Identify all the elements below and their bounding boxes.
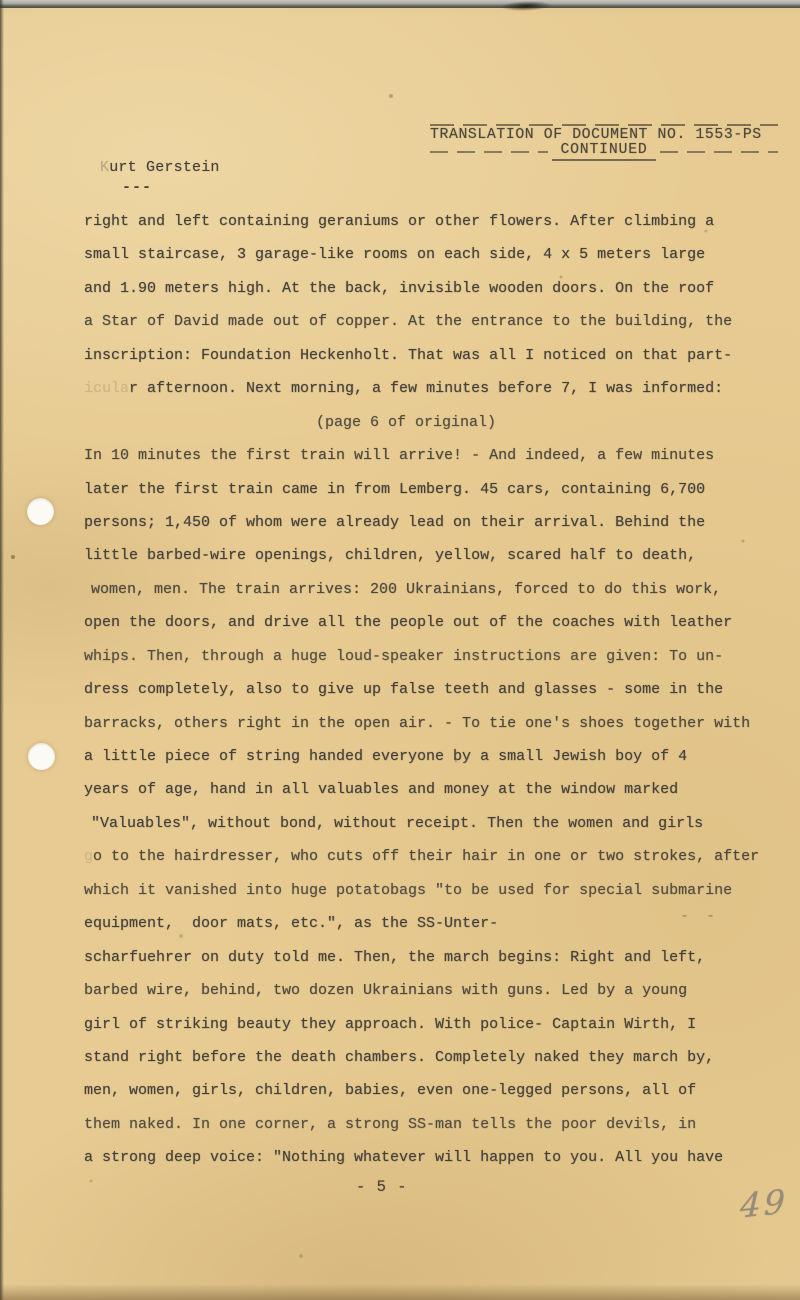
- author-name: Kurt Gerstein: [100, 159, 220, 176]
- text-line: equipment, door mats, etc.", as the SS-U…: [84, 907, 784, 940]
- text-line: later the first train came in from Lembe…: [84, 473, 784, 506]
- paper-specks: [0, 0, 2, 2]
- text-line: little barbed-wire openings, children, y…: [84, 539, 784, 572]
- text-line: stand right before the death chambers. C…: [84, 1041, 784, 1074]
- body-lines: right and left containing geraniums or o…: [84, 205, 784, 1175]
- text-line: (page 6 of original): [84, 406, 784, 439]
- stray-dash-mark: - -: [680, 908, 719, 925]
- text-line: persons; 1,450 of whom were already lead…: [84, 506, 784, 539]
- stamp-title: TRANSLATION OF DOCUMENT NO. 1553-PS: [430, 126, 778, 143]
- stamp-continued-label: CONTINUED: [552, 142, 655, 161]
- text-line: a Star of David made out of copper. At t…: [84, 305, 784, 338]
- text-line: women, men. The train arrives: 200 Ukrai…: [84, 573, 784, 606]
- text-line: barbed wire, behind, two dozen Ukrainian…: [84, 974, 784, 1007]
- scan-top-edge: [0, 0, 800, 8]
- text-line: and 1.90 meters high. At the back, invis…: [84, 272, 784, 305]
- text-line: "Valuables", without bond, without recei…: [84, 807, 784, 840]
- text-line: which it vanished into huge potatobags "…: [84, 874, 784, 907]
- page-number: - 5 -: [356, 1178, 408, 1196]
- text-line: whips. Then, through a huge loud-speaker…: [84, 640, 784, 673]
- text-line: a strong deep voice: "Nothing whatever w…: [84, 1141, 784, 1174]
- text-line: inscription: Foundation Heckenholt. That…: [84, 339, 784, 372]
- text-line: go to the hairdresser, who cuts off thei…: [84, 840, 784, 873]
- text-line: dress completely, also to give up false …: [84, 673, 784, 706]
- text-line: In 10 minutes the first train will arriv…: [84, 439, 784, 472]
- text-line: open the doors, and drive all the people…: [84, 606, 784, 639]
- text-line: scharfuehrer on duty told me. Then, the …: [84, 941, 784, 974]
- text-line: years of age, hand in all valuables and …: [84, 773, 784, 806]
- text-line: men, women, girls, children, babies, eve…: [84, 1074, 784, 1107]
- scan-left-edge: [0, 0, 4, 1300]
- stamp-dash-right: [660, 151, 778, 153]
- scan-bottom-shadow: [0, 1284, 800, 1300]
- translation-stamp: TRANSLATION OF DOCUMENT NO. 1553-PS CONT…: [430, 124, 778, 161]
- text-line: them naked. In one corner, a strong SS-m…: [84, 1108, 784, 1141]
- stamp-row-continued: CONTINUED: [430, 142, 778, 161]
- handwritten-folio-number: 49: [739, 1181, 788, 1225]
- ink-smudge: [500, 0, 552, 12]
- text-line: icular afternoon. Next morning, a few mi…: [84, 372, 784, 405]
- text-line: a little piece of string handed everyone…: [84, 740, 784, 773]
- text-line: barracks, others right in the open air. …: [84, 707, 784, 740]
- scanned-document-page: TRANSLATION OF DOCUMENT NO. 1553-PS CONT…: [0, 0, 800, 1300]
- punch-hole-bottom: [28, 743, 55, 770]
- text-line: right and left containing geraniums or o…: [84, 205, 784, 238]
- text-line: girl of striking beauty they approach. W…: [84, 1008, 784, 1041]
- author-underline-dashes: ---: [122, 179, 152, 196]
- punch-hole-top: [27, 498, 54, 525]
- text-line: small staircase, 3 garage-like rooms on …: [84, 238, 784, 271]
- stamp-dash-left: [430, 151, 548, 153]
